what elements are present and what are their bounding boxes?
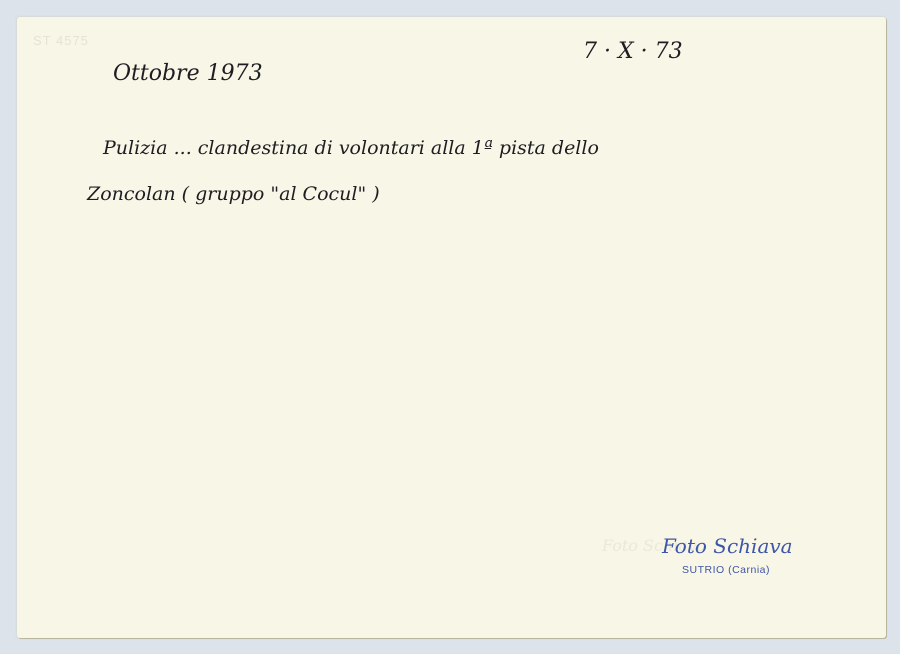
studio-stamp-location: SUTRIO (Carnia) xyxy=(682,564,770,576)
date-heading: Ottobre 1973 xyxy=(113,61,263,86)
studio-stamp-name: Foto Schiava xyxy=(662,534,793,558)
caption-line-1: Pulizia ... clandestina di volontari all… xyxy=(103,137,599,159)
caption-line-2: Zoncolan ( gruppo "al Cocul" ) xyxy=(87,183,380,205)
archive-number: ST 4575 xyxy=(33,33,89,48)
photo-back-card: ST 4575 Ottobre 1973 7 · X · 73 Pulizia … xyxy=(17,17,886,638)
date-code: 7 · X · 73 xyxy=(583,39,683,64)
